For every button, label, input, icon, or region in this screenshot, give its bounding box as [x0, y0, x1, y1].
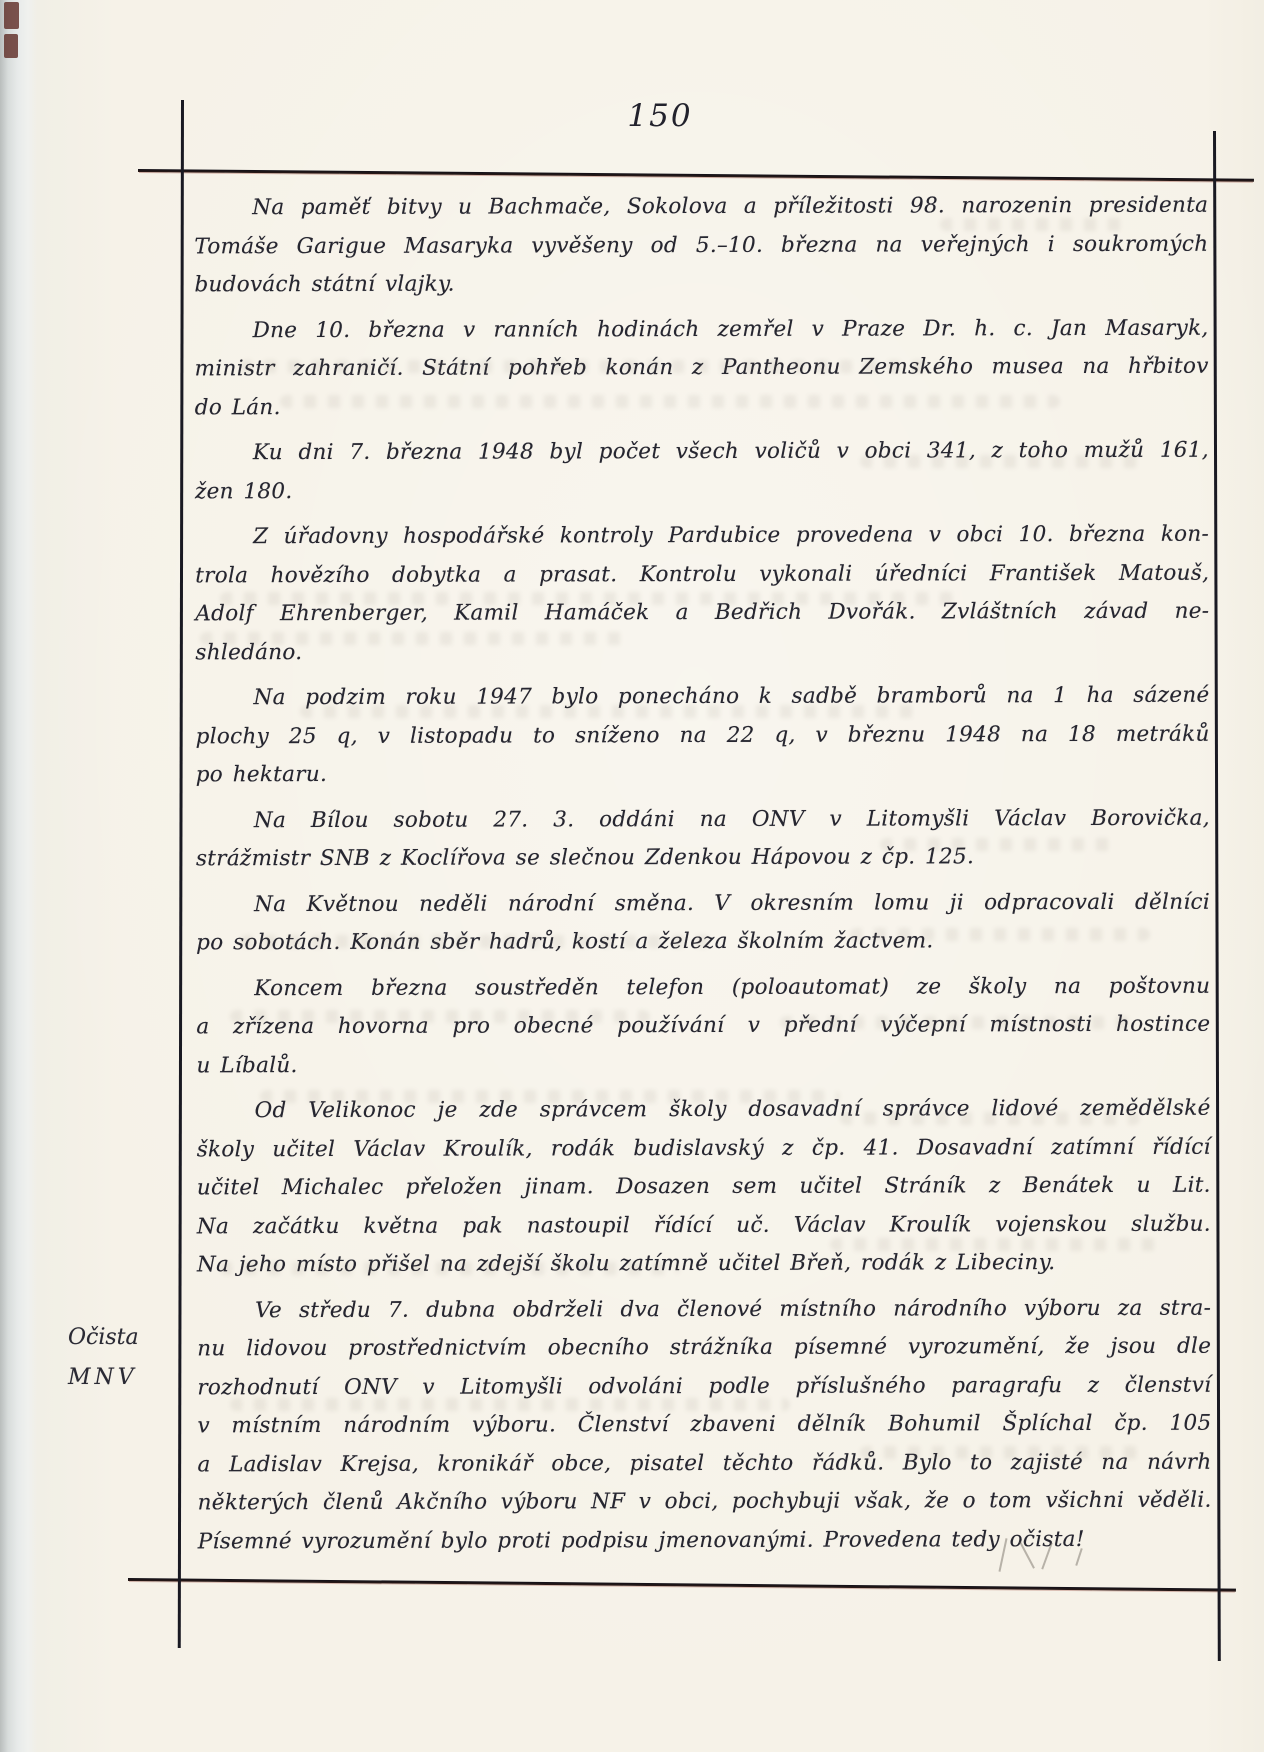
text-line: Dne 10. března v ranních hodinách zemřel…: [195, 309, 1209, 350]
text-line: Koncem března soustředěn telefon (poloau…: [196, 967, 1210, 1008]
bleed-through-artifact: [220, 1262, 680, 1275]
chronicle-text: Na paměť bitvy u Bachmače, Sokolova a př…: [194, 187, 1212, 1569]
paragraph: Na Květnou neděli národní směna. V okres…: [196, 883, 1210, 963]
text-line: Písemné vyrozumění bylo proti podpisu jm…: [198, 1520, 1212, 1561]
bleed-through-artifact: [280, 395, 1060, 408]
bleed-through-artifact: [300, 705, 920, 718]
text-line: po hektaru.: [196, 754, 1210, 795]
bleed-through-artifact: [200, 632, 630, 645]
top-rule: [138, 169, 1254, 182]
paragraph: Na paměť bitvy u Bachmače, Sokolova a př…: [194, 187, 1208, 305]
margin-note-line: Očista: [68, 1318, 178, 1358]
text-line: školy učitel Václav Kroulík, rodák budis…: [197, 1128, 1211, 1169]
text-line: trola hovězího dobytka a prasat. Kontrol…: [195, 554, 1209, 595]
margin-note: Očista MNV: [68, 1318, 178, 1398]
page-number: 150: [560, 98, 760, 134]
text-line: Na Bílou sobotu 27. 3. oddáni na ONV v L…: [196, 799, 1210, 840]
bleed-through-artifact: [880, 838, 1120, 851]
scan-artifact: [4, 34, 18, 58]
scan-artifact: [4, 2, 19, 29]
text-line: Tomáše Garigue Masaryka vyvěšeny od 5.–1…: [194, 225, 1208, 266]
bleed-through-artifact: [260, 1090, 840, 1103]
bleed-through-artifact: [240, 360, 940, 373]
bleed-through-artifact: [850, 928, 1150, 941]
text-line: Z úřadovny hospodářské kontroly Pardubic…: [195, 516, 1209, 557]
text-line: Ve středu 7. dubna obdrželi dva členové …: [197, 1289, 1211, 1330]
bleed-through-artifact: [860, 1446, 1140, 1459]
margin-note-line: MNV: [68, 1358, 178, 1398]
text-line: nu lidovou prostřednictvím obecního strá…: [197, 1328, 1211, 1369]
bleed-through-artifact: [840, 1112, 1140, 1125]
chronicle-page: 150 Očista MNV Na paměť bitvy u Bachmače…: [0, 0, 1264, 1752]
left-margin-line: [178, 100, 184, 1648]
text-line: některých členů Akčního výboru NF v obci…: [198, 1482, 1212, 1523]
scan-edge: [0, 0, 36, 1752]
bleed-through-artifact: [780, 1016, 1140, 1029]
bleed-through-artifact: [230, 1398, 790, 1411]
text-line: budovách státní vlajky.: [194, 264, 1208, 305]
text-line: plochy 25 q, v listopadu to sníženo na 2…: [196, 715, 1210, 756]
paragraph: Na podzim roku 1947 bylo ponecháno k sad…: [195, 677, 1209, 795]
bleed-through-artifact: [240, 935, 720, 948]
bleed-through-artifact: [860, 455, 1140, 468]
paragraph: Ve středu 7. dubna obdrželi dva členové …: [197, 1289, 1212, 1561]
text-line: Na Květnou neděli národní směna. V okres…: [196, 883, 1210, 924]
bottom-rule: [128, 1578, 1236, 1592]
bleed-through-artifact: [830, 1238, 1160, 1251]
text-line: žen 180.: [195, 470, 1209, 511]
bleed-through-artifact: [940, 218, 1130, 231]
right-margin-line: [1213, 131, 1220, 1661]
paragraph: Ku dni 7. března 1948 byl počet všech vo…: [195, 432, 1209, 512]
text-line: učitel Michalec přeložen jinam. Dosazen …: [197, 1167, 1211, 1208]
bleed-through-artifact: [230, 1010, 650, 1023]
text-line: u Líbalů.: [196, 1044, 1210, 1085]
bleed-through-artifact: [220, 592, 960, 605]
